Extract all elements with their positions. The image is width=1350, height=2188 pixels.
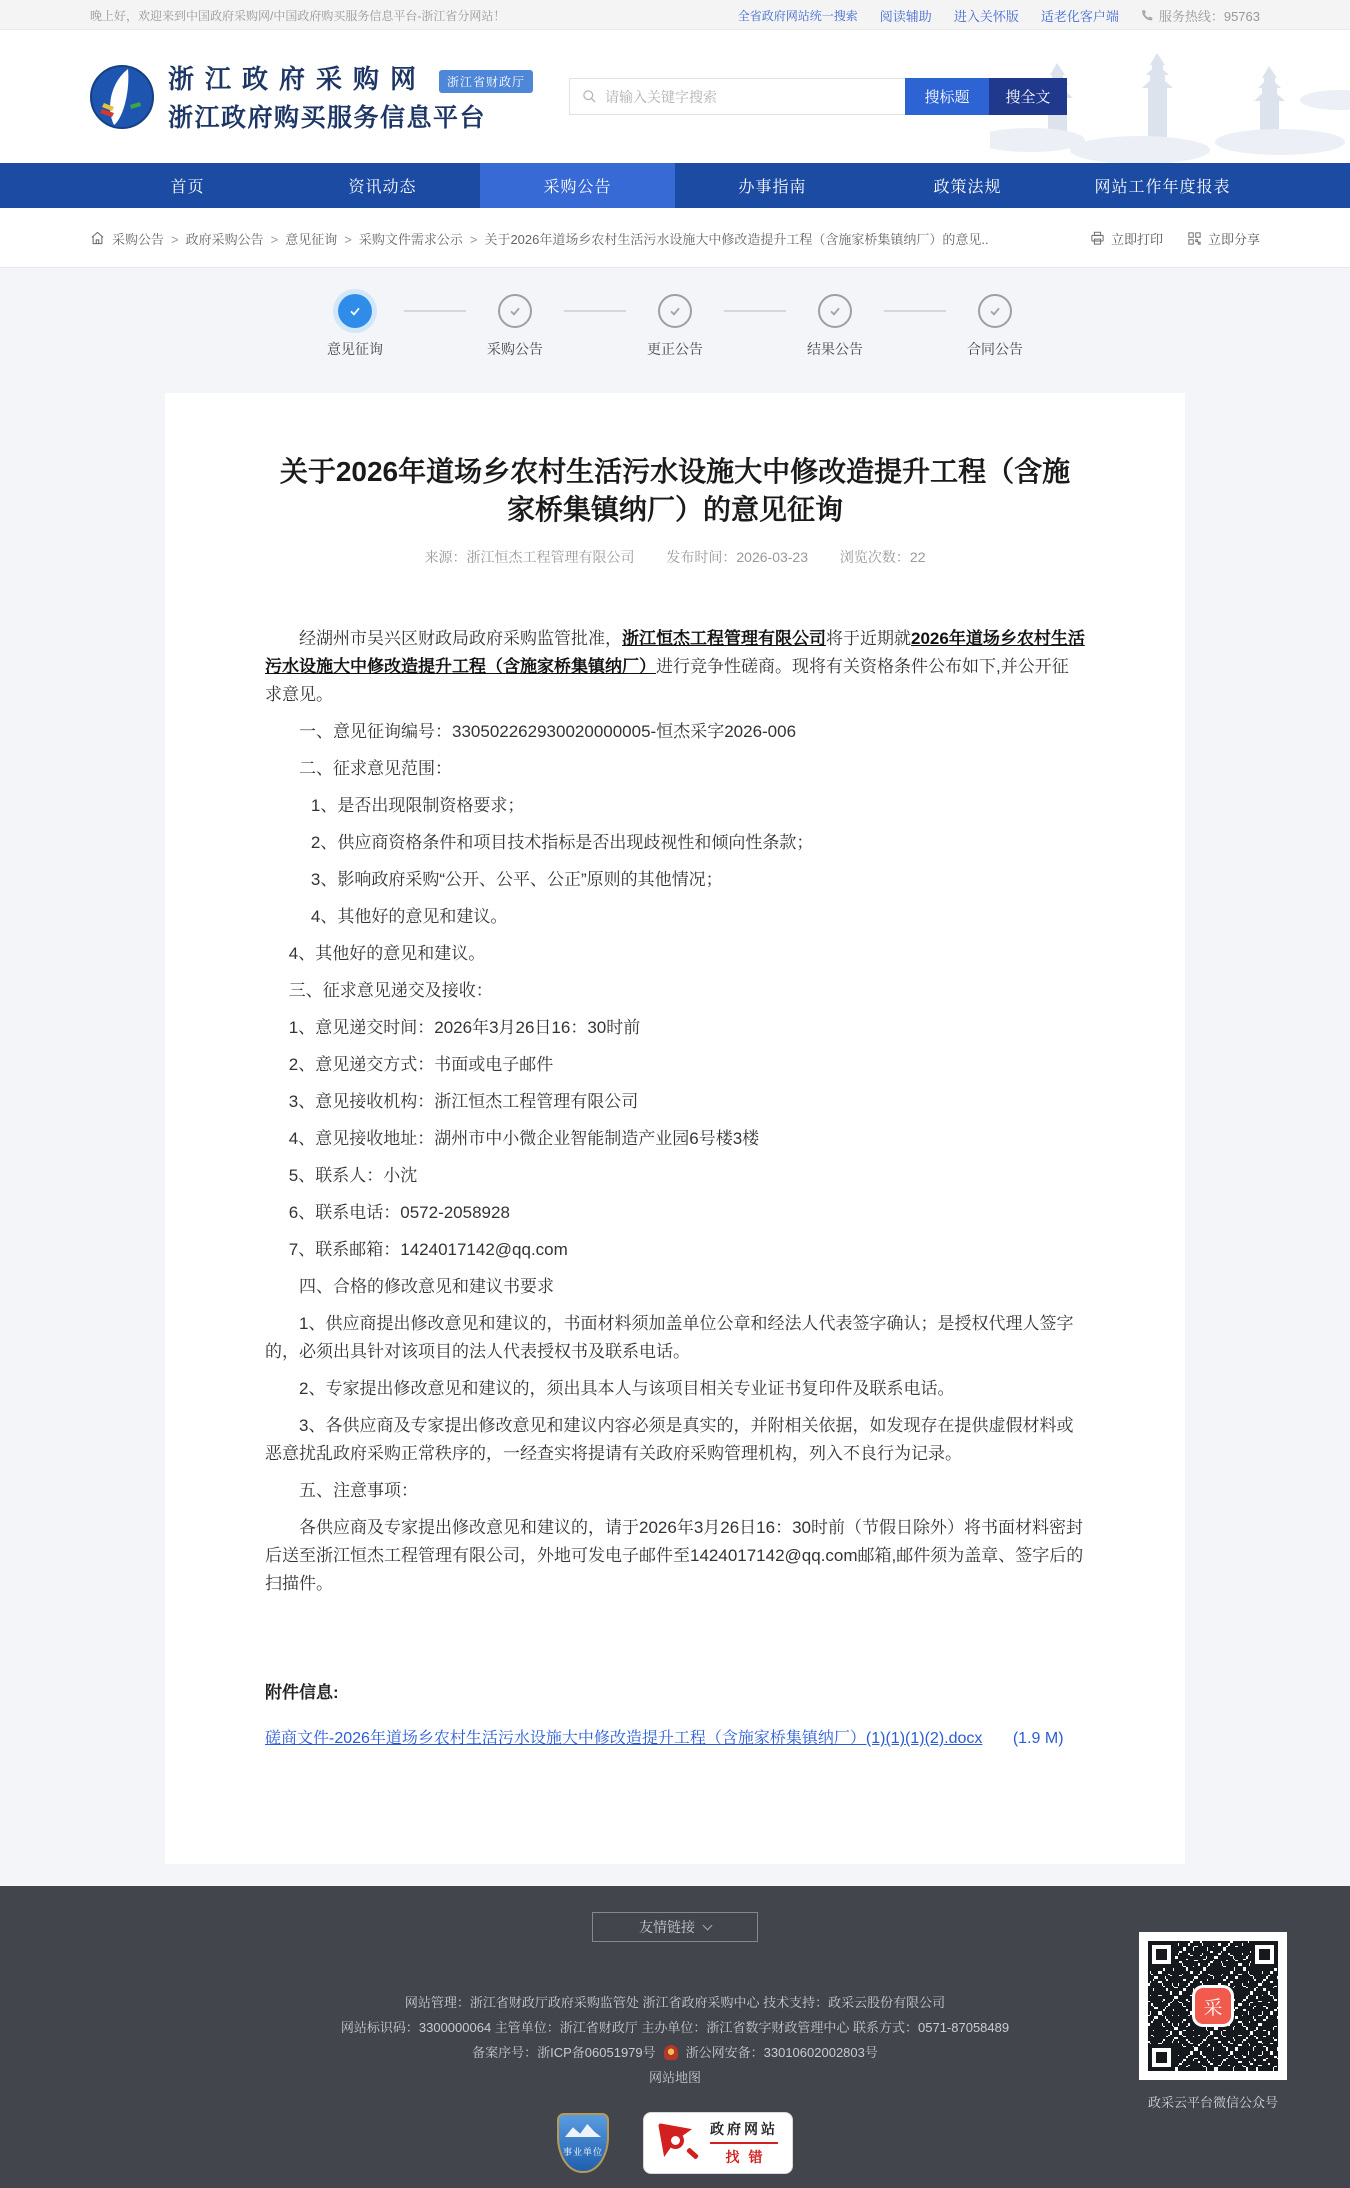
search-title-button[interactable]: 搜标题 xyxy=(905,78,989,115)
check-icon xyxy=(658,294,692,328)
topbar: 晚上好，欢迎来到中国政府采购网/中国政府购买服务信息平台-浙江省分网站！ 全省政… xyxy=(0,0,1350,30)
paragraph: 4、意见接收地址：湖州市中小微企业智能制造产业园6号楼3楼 xyxy=(265,1125,1085,1153)
qr-code: 采 xyxy=(1139,1932,1287,2080)
paragraph: 3、意见接收机构：浙江恒杰工程管理有限公司 xyxy=(265,1088,1085,1116)
topbar-links: 全省政府网站统一搜索 阅读辅助 进入关怀版 适老化客户端 服务热线：95763 xyxy=(738,6,1260,25)
zhaocuo-top-text: 政府网站 xyxy=(710,2119,778,2139)
breadcrumb-item-consultation[interactable]: 意见征询 xyxy=(264,229,338,248)
site-name: 浙江政府采购网 xyxy=(168,59,427,96)
article-meta: 来源：浙江恒杰工程管理有限公司 发布时间：2026-03-23 浏览次数：22 xyxy=(265,547,1085,567)
breadcrumb-item-notices[interactable]: 采购公告 xyxy=(112,229,164,248)
attachment-section: 附件信息: 磋商文件-2026年道场乡农村生活污水设施大中修改造提升工程（含施家… xyxy=(265,1678,1085,1754)
step-label: 采购公告 xyxy=(487,339,543,359)
breadcrumb-row: 采购公告 政府采购公告 意见征询 采购文件需求公示 关于2026年道场乡农村生活… xyxy=(0,208,1350,268)
breadcrumb: 采购公告 政府采购公告 意见征询 采购文件需求公示 关于2026年道场乡农村生活… xyxy=(90,229,989,248)
gov-site-error-report-badge[interactable]: 政府网站 找错 xyxy=(643,2112,793,2174)
print-label: 立即打印 xyxy=(1111,229,1163,248)
logo-text: 浙江政府采购网 浙江省财政厅 浙江政府购买服务信息平台 xyxy=(168,59,533,134)
progress-steps: 意见征询 采购公告 更正公告 结果公告 合同公告 xyxy=(0,268,1350,379)
search-input[interactable] xyxy=(605,89,893,105)
paragraph: 7、联系邮箱：1424017142@qq.com xyxy=(265,1236,1085,1264)
paragraph: 3、各供应商及专家提出修改意见和建议内容必须是真实的，并附相关依据，如发现存在提… xyxy=(265,1412,1085,1468)
print-button[interactable]: 立即打印 xyxy=(1090,229,1163,248)
gongan-number[interactable]: 浙公网安备：33010602002803号 xyxy=(686,2040,878,2065)
page-actions: 立即打印 立即分享 xyxy=(1090,229,1260,248)
welcome-text: 晚上好，欢迎来到中国政府采购网/中国政府购买服务信息平台-浙江省分网站！ xyxy=(90,7,505,24)
agency-name-emphasis: 浙江恒杰工程管理有限公司 xyxy=(622,629,826,648)
attachment-heading: 附件信息: xyxy=(265,1678,1085,1703)
footer: 友情链接 网站管理：浙江省财政厅政府采购监管处 浙江省政府采购中心 技术支持：政… xyxy=(0,1886,1350,2188)
check-icon xyxy=(338,294,372,328)
nav-item-news[interactable]: 资讯动态 xyxy=(285,163,480,208)
paragraph: 一、意见征询编号：330502262930020000005-恒杰采字2026-… xyxy=(265,718,1085,746)
intro-paragraph: 经湖州市吴兴区财政局政府采购监管批准，浙江恒杰工程管理有限公司将于近期就2026… xyxy=(265,625,1085,709)
paragraph: 5、联系人：小沈 xyxy=(265,1162,1085,1190)
footer-badges: 事业单位 政府网站 找错 xyxy=(0,2112,1350,2174)
paragraph: 四、合格的修改意见和建议书要求 xyxy=(265,1273,1085,1301)
main-nav: 首页 资讯动态 采购公告 办事指南 政策法规 网站工作年度报表 xyxy=(0,163,1350,208)
nav-item-service-guide[interactable]: 办事指南 xyxy=(675,163,870,208)
topbar-link-care-version[interactable]: 进入关怀版 xyxy=(954,6,1019,25)
nav-item-annual-report[interactable]: 网站工作年度报表 xyxy=(1065,163,1260,208)
step-connector xyxy=(884,310,946,312)
step-label: 结果公告 xyxy=(807,339,863,359)
shield-label: 事业单位 xyxy=(559,2145,607,2158)
printer-icon xyxy=(1090,231,1105,246)
paragraph: 二、征求意见范围： xyxy=(265,755,1085,783)
zcy-logo-icon: 采 xyxy=(1195,1988,1231,2024)
paragraph: 1、供应商提出修改意见和建议的，书面材料须加盖单位公章和经法人代表签字确认；是授… xyxy=(265,1310,1085,1366)
paragraph: 2、意见递交方式：书面或电子邮件 xyxy=(265,1051,1085,1079)
friend-links-label: 友情链接 xyxy=(639,1917,695,1937)
paragraph: 3、影响政府采购“公开、公平、公正”原则的其他情况； xyxy=(265,866,1085,894)
step-connector xyxy=(724,310,786,312)
paragraph: 三、征求意见递交及接收： xyxy=(265,977,1085,1005)
wechat-qr-block: 采 政采云平台微信公众号 xyxy=(1138,1932,1288,2111)
step-connector xyxy=(564,310,626,312)
home-icon[interactable] xyxy=(90,231,105,245)
share-label: 立即分享 xyxy=(1208,229,1260,248)
qr-finder-icon xyxy=(1251,1941,1278,1968)
icp-number[interactable]: 备案序号：浙ICP备06051979号 xyxy=(472,2040,656,2065)
article-card: 关于2026年道场乡农村生活污水设施大中修改造提升工程（含施家桥集镇纳厂）的意见… xyxy=(165,393,1185,1864)
publish-date: 2026-03-23 xyxy=(736,549,808,565)
topbar-link-unified-search[interactable]: 全省政府网站统一搜索 xyxy=(738,7,858,24)
qr-caption: 政采云平台微信公众号 xyxy=(1138,2092,1288,2111)
source-label: 来源： xyxy=(425,549,467,565)
views-label: 浏览次数： xyxy=(840,549,910,565)
paragraph: 2、专家提出修改意见和建议的，须出具本人与该项目相关专业证书复印件及联系电话。 xyxy=(265,1375,1085,1403)
step-contract-notice[interactable]: 合同公告 xyxy=(956,294,1034,359)
zhaocuo-divider xyxy=(710,2142,778,2144)
qr-share-icon xyxy=(1187,231,1202,246)
search-bar: 搜标题 搜全文 xyxy=(569,78,1067,115)
error-report-magnifier-icon xyxy=(658,2121,700,2165)
paragraph: 各供应商及专家提出修改意见和建议的，请于2026年3月26日16：30时前（节假… xyxy=(265,1514,1085,1598)
attachment-line: 磋商文件-2026年道场乡农村生活污水设施大中修改造提升工程（含施家桥集镇纳厂）… xyxy=(265,1723,1085,1754)
share-button[interactable]: 立即分享 xyxy=(1187,229,1260,248)
logo-emblem-icon xyxy=(90,65,154,129)
search-fulltext-button[interactable]: 搜全文 xyxy=(989,78,1067,115)
breadcrumb-item-demand-publicity[interactable]: 采购文件需求公示 xyxy=(337,229,463,248)
step-result-notice[interactable]: 结果公告 xyxy=(796,294,874,359)
search-input-wrap xyxy=(569,78,905,115)
attachment-link[interactable]: 磋商文件-2026年道场乡农村生活污水设施大中修改造提升工程（含施家桥集镇纳厂）… xyxy=(265,1730,982,1747)
step-consultation[interactable]: 意见征询 xyxy=(316,294,394,359)
site-subtitle: 浙江政府购买服务信息平台 xyxy=(168,98,533,134)
topbar-link-reading-aid[interactable]: 阅读辅助 xyxy=(880,6,932,25)
step-label: 合同公告 xyxy=(967,339,1023,359)
step-label: 意见征询 xyxy=(327,339,383,359)
chevron-down-icon xyxy=(703,1920,713,1930)
search-icon xyxy=(582,89,597,104)
check-icon xyxy=(818,294,852,328)
page-title: 关于2026年道场乡农村生活污水设施大中修改造提升工程（含施家桥集镇纳厂）的意见… xyxy=(265,453,1085,529)
paragraph: 五、注意事项： xyxy=(265,1477,1085,1505)
zhaocuo-bottom-text: 找错 xyxy=(717,2147,772,2167)
step-correction-notice[interactable]: 更正公告 xyxy=(636,294,714,359)
views-count: 22 xyxy=(910,549,926,565)
check-icon xyxy=(498,294,532,328)
breadcrumb-item-gov-notices[interactable]: 政府采购公告 xyxy=(164,229,264,248)
step-connector xyxy=(404,310,466,312)
source-value: 浙江恒杰工程管理有限公司 xyxy=(467,549,635,565)
paragraph: 4、其他好的意见和建议。 xyxy=(265,940,1085,968)
check-icon xyxy=(978,294,1012,328)
step-procurement-notice[interactable]: 采购公告 xyxy=(476,294,554,359)
paragraph: 2、供应商资格条件和项目技术指标是否出现歧视性和倾向性条款； xyxy=(265,829,1085,857)
breadcrumb-item-current: 关于2026年道场乡农村生活污水设施大中修改造提升工程（含施家桥集镇纳厂）的意见… xyxy=(463,229,989,248)
sitemap-link[interactable]: 网站地图 xyxy=(649,2070,701,2085)
paragraph: 1、意见递交时间：2026年3月26日16：30时前 xyxy=(265,1014,1085,1042)
topbar-link-elder-client[interactable]: 适老化客户端 xyxy=(1041,6,1119,25)
paragraph: 6、联系电话：0572-2058928 xyxy=(265,1199,1085,1227)
paragraph: 1、是否出现限制资格要求； xyxy=(265,792,1085,820)
nav-item-policies[interactable]: 政策法规 xyxy=(870,163,1065,208)
phone-icon xyxy=(1141,9,1154,22)
nav-item-home[interactable]: 首页 xyxy=(90,163,285,208)
qr-finder-icon xyxy=(1148,1941,1175,1968)
nav-item-procurement-notices[interactable]: 采购公告 xyxy=(480,163,675,208)
site-header: 浙江政府采购网 浙江省财政厅 浙江政府购买服务信息平台 搜标题 搜全文 xyxy=(0,30,1350,163)
qr-finder-icon xyxy=(1148,2044,1175,2071)
public-institution-badge[interactable]: 事业单位 xyxy=(557,2113,609,2173)
hotline-text: 服务热线：95763 xyxy=(1159,6,1260,25)
site-logo[interactable]: 浙江政府采购网 浙江省财政厅 浙江政府购买服务信息平台 xyxy=(90,59,533,134)
paragraph: 4、其他好的意见和建议。 xyxy=(265,903,1085,931)
friend-links-button[interactable]: 友情链接 xyxy=(592,1912,758,1942)
finance-dept-badge: 浙江省财政厅 xyxy=(439,70,533,93)
step-label: 更正公告 xyxy=(647,339,703,359)
public-security-emblem-icon xyxy=(664,2045,678,2060)
publish-label: 发布时间： xyxy=(666,549,736,565)
service-hotline: 服务热线：95763 xyxy=(1141,6,1260,25)
attachment-size: (1.9 M) xyxy=(1013,1730,1064,1747)
article-body: 经湖州市吴兴区财政局政府采购监管批准，浙江恒杰工程管理有限公司将于近期就2026… xyxy=(265,625,1085,1598)
